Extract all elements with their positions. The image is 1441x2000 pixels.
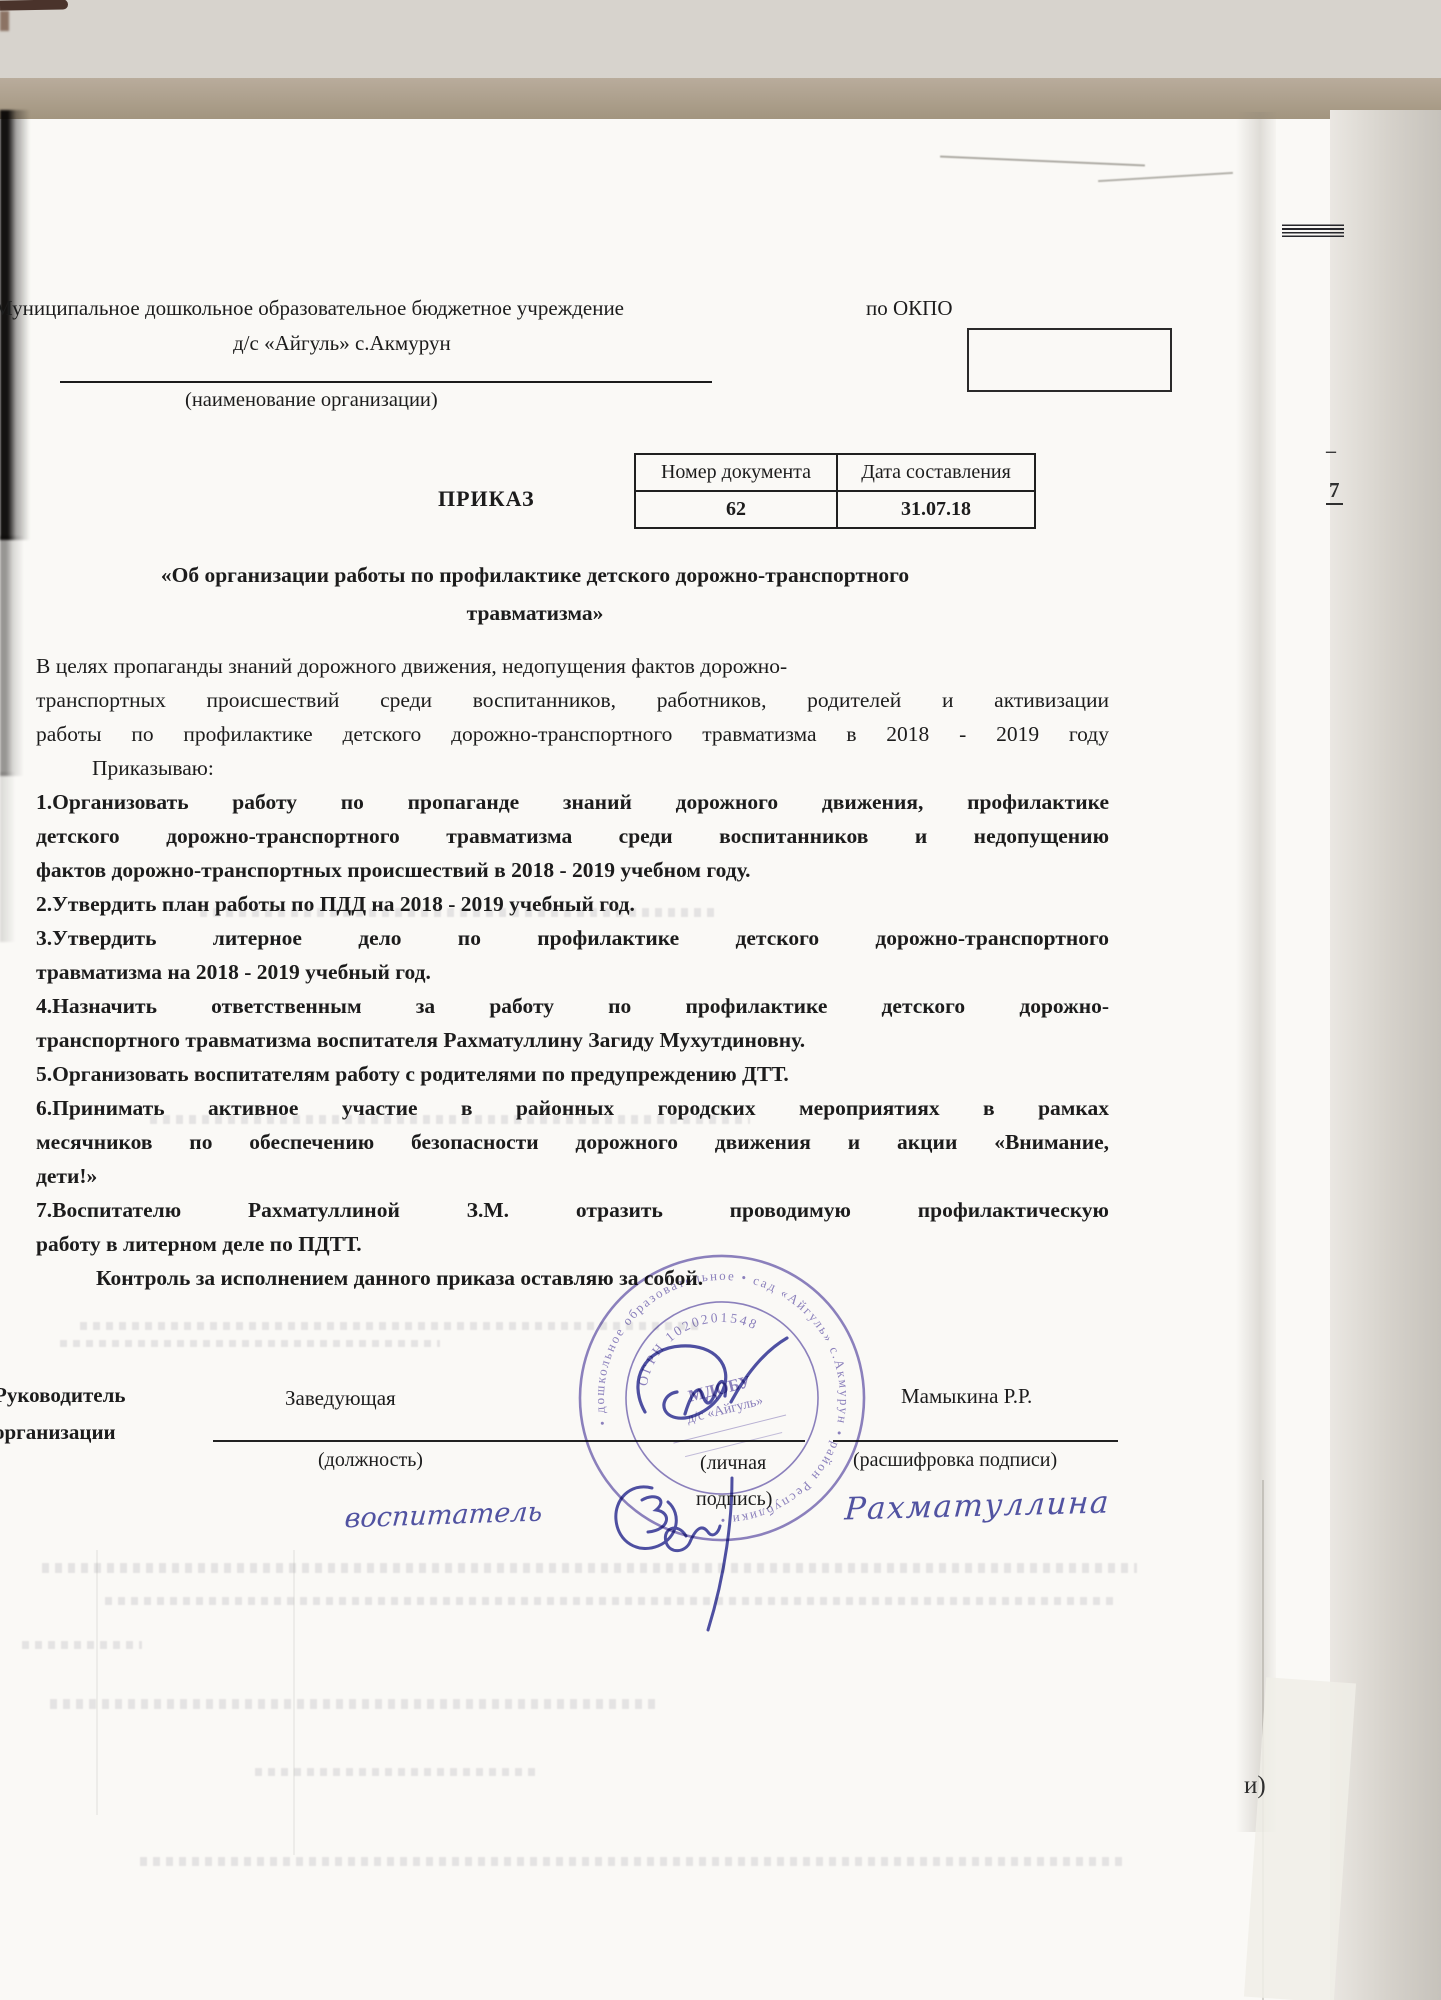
body-line: 1.Организовать работу по пропаганде знан… [36,785,1109,819]
body-line: транспортных происшествий среди воспитан… [36,683,1109,717]
body-line: 7.Воспитателю Рахматуллиной З.М. отразит… [36,1193,1109,1227]
body-line: 2.Утвердить план работы по ПДД на 2018 -… [36,887,1109,921]
signer-role-line2: организации [0,1420,116,1445]
scanner-top-background [0,0,1441,78]
order-body: В целях пропаганды знаний дорожного движ… [36,649,1109,1295]
scanner-tan-band [0,78,1441,119]
scan-corner-smudge [0,11,9,31]
body-line: работы по профилактике детского дорожно-… [36,717,1109,751]
position-value: Заведующая [285,1386,396,1411]
scan-left-shadow [0,536,24,776]
body-line: транспортного травматизма воспитателя Ра… [36,1023,1109,1057]
doc-date-header: Дата составления [838,455,1034,492]
paper-crease [940,156,1145,167]
body-line: 3.Утвердить литерное дело по профилактик… [36,921,1109,955]
position-caption: (должность) [318,1449,423,1472]
body-line: работу в литерном деле по ПДТТ. [36,1227,1109,1261]
next-page-text-fragment: и) [1244,1772,1266,1800]
transcript-value: Мамыкина Р.Р. [901,1384,1032,1409]
margin-hatch-mark [1282,224,1344,237]
order-subject: «Об организации работы по профилактике д… [50,556,1020,632]
body-line: дети!» [36,1159,1109,1193]
okpo-label: по ОКПО [866,296,953,321]
body-line: 5.Организовать воспитателям работу с род… [36,1057,1109,1091]
bleed-through-line [60,1340,440,1347]
body-line: детского дорожно-транспортного травматиз… [36,819,1109,853]
scan-corner-smudge [0,0,68,11]
org-name-caption: (наименование организации) [185,389,438,412]
margin-page-number: 7 [1326,478,1343,505]
bleed-through-line [22,1641,142,1649]
margin-dash-mark: – [1326,440,1336,463]
body-line: В целях пропаганды знаний дорожного движ… [36,649,1109,683]
signer-role-line1: Руководитель [0,1383,125,1408]
scan-left-shadow [0,110,30,540]
body-line: 4.Назначить ответственным за работу по п… [36,989,1109,1023]
page-fold-shadow [1236,112,1276,1832]
doc-number-value: 62 [636,492,838,527]
doc-number-header: Номер документа [636,455,838,492]
org-name-underline [60,381,712,383]
body-line: 6.Принимать активное участие в районных … [36,1091,1109,1125]
doc-date-value: 31.07.18 [838,492,1034,527]
bleed-through-line [50,1699,655,1709]
order-title: ПРИКАЗ [438,486,535,512]
body-line: Приказываю: [36,751,1109,785]
handwritten-name: Рахматуллина [844,1485,1111,1528]
director-signature-icon [615,1332,805,1457]
scan-left-shadow [0,772,16,942]
org-name-line1: Муниципальное дошкольное образовательное… [0,296,624,321]
doc-number-date-table: Номер документа Дата составления 62 31.0… [634,453,1036,529]
paper-crease [96,1550,98,1815]
bleed-through-line [140,1857,1125,1866]
okpo-value-box [967,328,1172,392]
scanned-order-page: Муниципальное дошкольное образовательное… [0,0,1441,2000]
bleed-through-line [255,1768,540,1776]
handwritten-position: воспитатель [344,1497,544,1535]
paper-crease [1098,172,1233,182]
body-line: фактов дорожно-транспортных происшествий… [36,853,1109,887]
body-line: месячников по обеспечению безопасности д… [36,1125,1109,1159]
org-name-line2: д/с «Айгуль» с.Акмурун [233,331,451,356]
body-line: травматизма на 2018 - 2019 учебный год. [36,955,1109,989]
teacher-signature-icon [590,1462,770,1637]
